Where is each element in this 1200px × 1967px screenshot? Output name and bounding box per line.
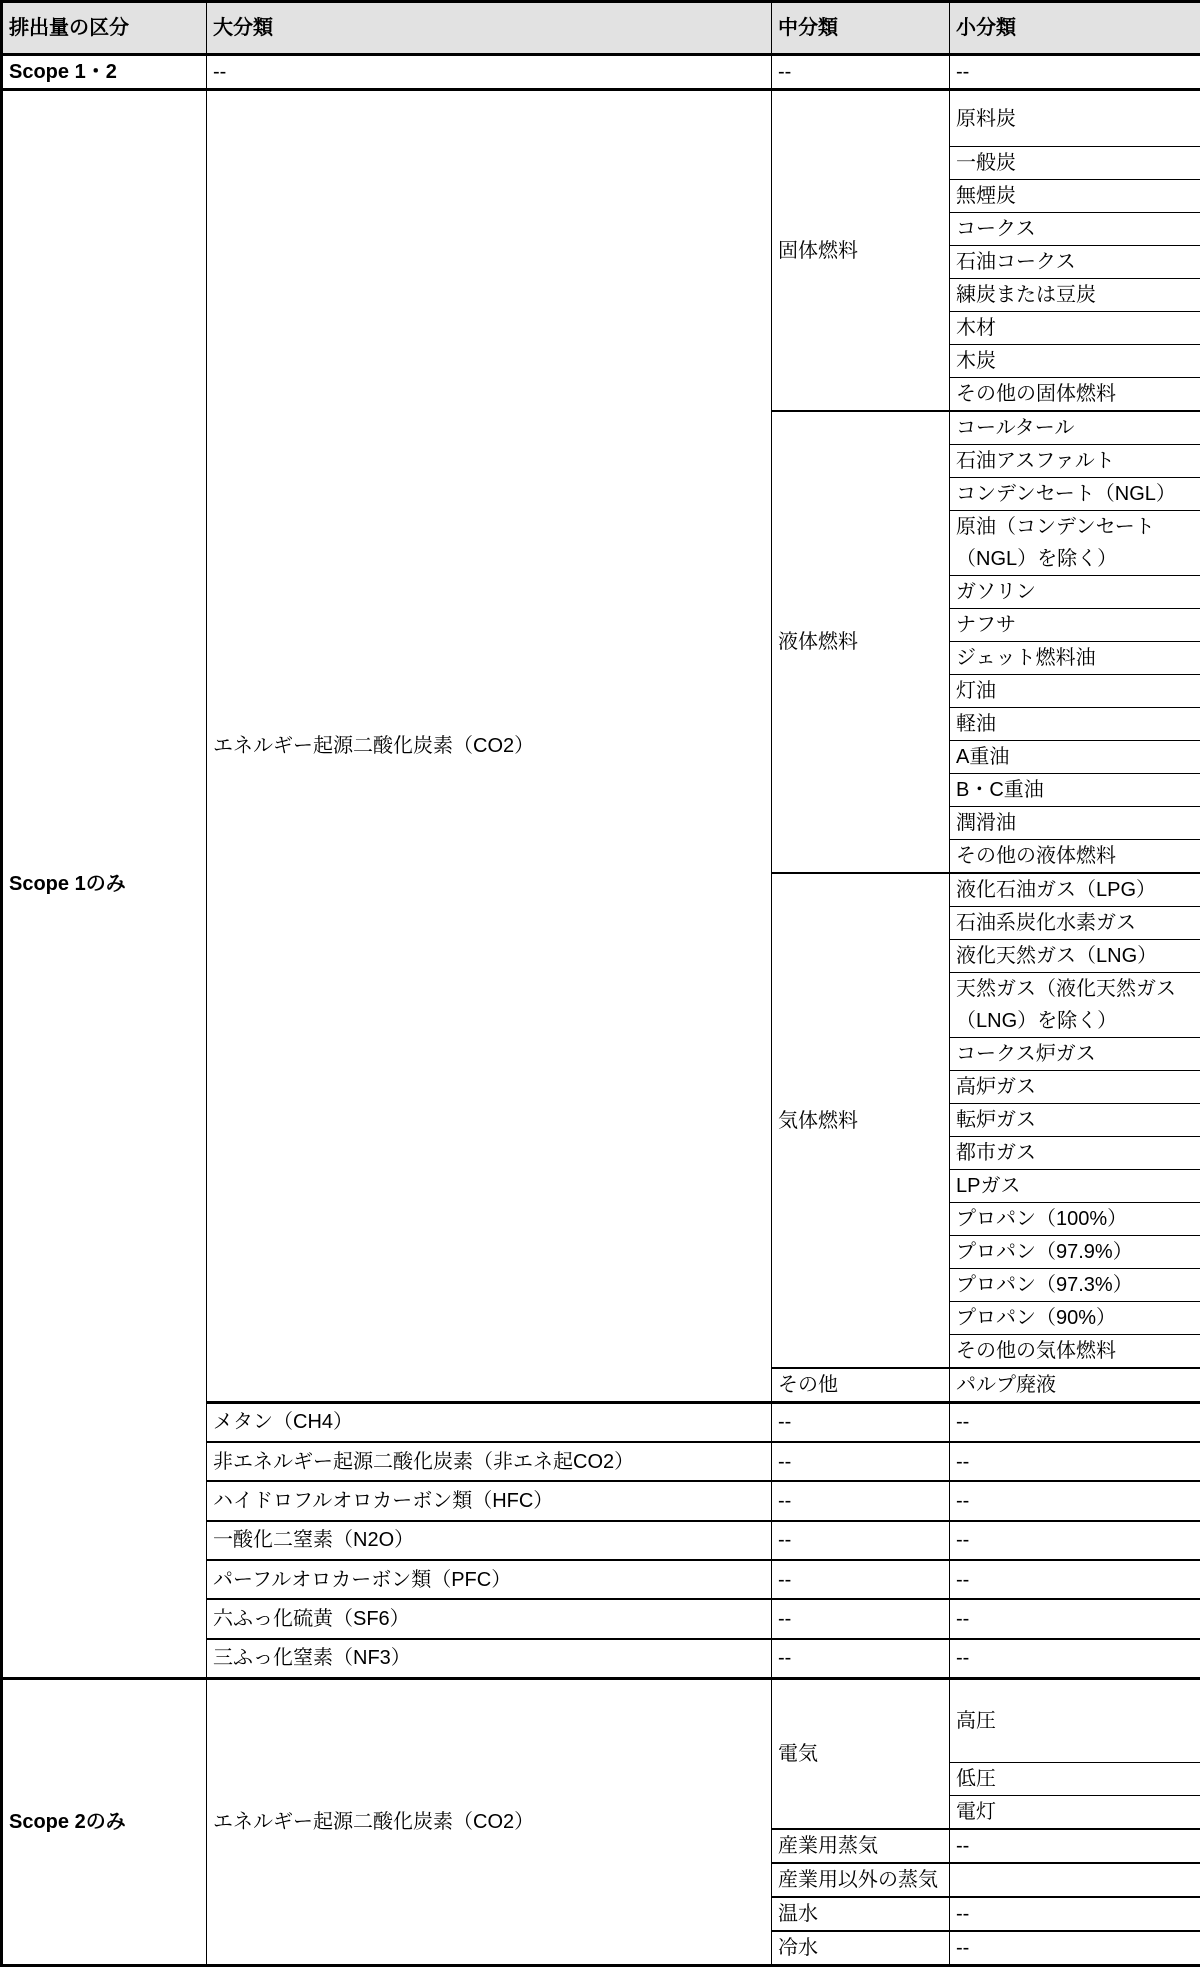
middle-cell: 産業用蒸気: [772, 1829, 950, 1863]
header-middle-class: 中分類: [772, 2, 950, 55]
minor-cell: --: [950, 1931, 1200, 1966]
minor-cell: --: [950, 1599, 1200, 1638]
minor-cell: --: [950, 1521, 1200, 1560]
minor-cell: --: [950, 1639, 1200, 1678]
minor-cell: 高炉ガス: [950, 1071, 1200, 1104]
minor-cell: 無煙炭: [950, 180, 1200, 213]
minor-cell: --: [950, 1403, 1200, 1442]
minor-cell: 原油（コンデンセート（NGL）を除く）: [950, 511, 1200, 576]
middle-cell: --: [772, 55, 950, 90]
minor-cell: B・C重油: [950, 774, 1200, 807]
minor-cell: ガソリン: [950, 576, 1200, 609]
minor-cell: 一般炭: [950, 147, 1200, 180]
middle-cell: 液体燃料: [772, 411, 950, 873]
scope2-cell: Scope 2のみ: [2, 1678, 207, 1965]
minor-cell: 軽油: [950, 708, 1200, 741]
header-emission-category: 排出量の区分: [2, 2, 207, 55]
scope12-cell: Scope 1・2: [2, 55, 207, 90]
middle-cell: 電気: [772, 1678, 950, 1829]
minor-cell: コールタール: [950, 411, 1200, 445]
minor-cell: --: [950, 55, 1200, 90]
emissions-classification-table: 排出量の区分 大分類 中分類 小分類 Scope 1・2 -- -- -- Sc…: [0, 0, 1200, 1967]
middle-cell: 固体燃料: [772, 90, 950, 412]
table-row: Scope 2のみ エネルギー起源二酸化炭素（CO2） 電気 高圧: [2, 1678, 1200, 1762]
minor-cell: 石油アスファルト: [950, 445, 1200, 478]
minor-cell: 潤滑油: [950, 807, 1200, 840]
major-cell: メタン（CH4）: [207, 1403, 772, 1442]
major-cell: エネルギー起源二酸化炭素（CO2）: [207, 90, 772, 1403]
major-cell: 非エネルギー起源二酸化炭素（非エネ起CO2）: [207, 1442, 772, 1481]
minor-cell: ジェット燃料油: [950, 642, 1200, 675]
middle-cell: --: [772, 1521, 950, 1560]
minor-cell: 木炭: [950, 345, 1200, 378]
minor-cell: コークス炉ガス: [950, 1038, 1200, 1071]
minor-cell: コンデンセート（NGL）: [950, 478, 1200, 511]
major-cell: エネルギー起源二酸化炭素（CO2）: [207, 1678, 772, 1965]
minor-cell: プロパン（90%）: [950, 1302, 1200, 1335]
middle-cell: --: [772, 1442, 950, 1481]
minor-cell: A重油: [950, 741, 1200, 774]
minor-cell: 転炉ガス: [950, 1104, 1200, 1137]
minor-cell: パルプ廃液: [950, 1368, 1200, 1403]
major-cell: --: [207, 55, 772, 90]
minor-cell: 液化天然ガス（LNG）: [950, 940, 1200, 973]
middle-cell: 温水: [772, 1897, 950, 1931]
major-cell: 六ふっ化硫黄（SF6）: [207, 1599, 772, 1638]
minor-cell: プロパン（97.9%）: [950, 1236, 1200, 1269]
minor-cell: その他の液体燃料: [950, 840, 1200, 874]
minor-cell: 低圧: [950, 1762, 1200, 1795]
header-minor-class: 小分類: [950, 2, 1200, 55]
minor-cell: 電灯: [950, 1795, 1200, 1829]
minor-cell: コークス: [950, 213, 1200, 246]
minor-cell: 石油系炭化水素ガス: [950, 907, 1200, 940]
major-cell: ハイドロフルオロカーボン類（HFC）: [207, 1481, 772, 1520]
middle-cell: --: [772, 1599, 950, 1638]
middle-cell: --: [772, 1481, 950, 1520]
minor-cell: --: [950, 1897, 1200, 1931]
minor-cell: --: [950, 1481, 1200, 1520]
middle-cell: 産業用以外の蒸気: [772, 1863, 950, 1897]
minor-cell: プロパン（100%）: [950, 1203, 1200, 1236]
emissions-classification-table-wrap: 排出量の区分 大分類 中分類 小分類 Scope 1・2 -- -- -- Sc…: [0, 0, 1200, 1967]
minor-cell: 灯油: [950, 675, 1200, 708]
minor-cell: その他の気体燃料: [950, 1335, 1200, 1369]
minor-cell: [950, 1863, 1200, 1897]
minor-cell: --: [950, 1442, 1200, 1481]
major-cell: パーフルオロカーボン類（PFC）: [207, 1560, 772, 1599]
minor-cell: LPガス: [950, 1170, 1200, 1203]
minor-cell: 原料炭: [950, 90, 1200, 147]
header-row: 排出量の区分 大分類 中分類 小分類: [2, 2, 1200, 55]
minor-cell: 都市ガス: [950, 1137, 1200, 1170]
middle-cell: --: [772, 1560, 950, 1599]
minor-cell: 練炭または豆炭: [950, 279, 1200, 312]
minor-cell: 天然ガス（液化天然ガス（LNG）を除く）: [950, 973, 1200, 1038]
major-cell: 一酸化二窒素（N2O）: [207, 1521, 772, 1560]
minor-cell: 木材: [950, 312, 1200, 345]
minor-cell: プロパン（97.3%）: [950, 1269, 1200, 1302]
table-row: Scope 1・2 -- -- --: [2, 55, 1200, 90]
minor-cell: ナフサ: [950, 609, 1200, 642]
middle-cell: その他: [772, 1368, 950, 1403]
middle-cell: 気体燃料: [772, 873, 950, 1368]
minor-cell: --: [950, 1560, 1200, 1599]
minor-cell: 石油コークス: [950, 246, 1200, 279]
minor-cell: 液化石油ガス（LPG）: [950, 873, 1200, 907]
table-row: Scope 1のみ エネルギー起源二酸化炭素（CO2） 固体燃料 原料炭: [2, 90, 1200, 147]
major-cell: 三ふっ化窒素（NF3）: [207, 1639, 772, 1678]
middle-cell: --: [772, 1403, 950, 1442]
header-major-class: 大分類: [207, 2, 772, 55]
middle-cell: --: [772, 1639, 950, 1678]
minor-cell: その他の固体燃料: [950, 378, 1200, 412]
minor-cell: --: [950, 1829, 1200, 1863]
scope1-cell: Scope 1のみ: [2, 90, 207, 1679]
middle-cell: 冷水: [772, 1931, 950, 1966]
minor-cell: 高圧: [950, 1678, 1200, 1762]
